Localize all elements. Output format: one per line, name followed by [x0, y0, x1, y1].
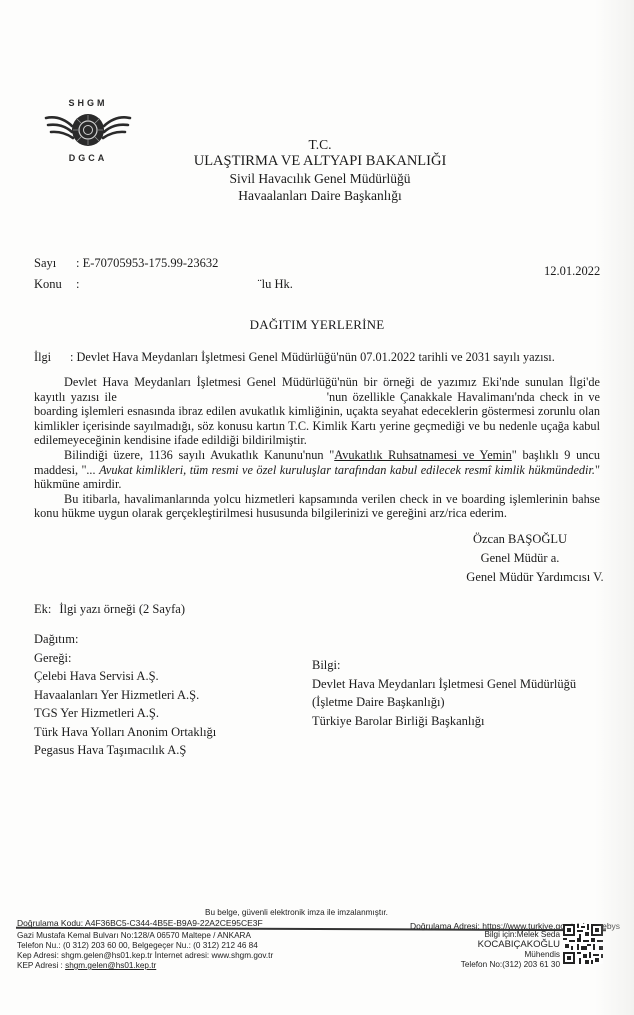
- distribution-title: DAĞITIM YERLERİNE: [0, 317, 634, 333]
- bilgi-label: Bilgi:: [312, 656, 576, 675]
- document-date: 12.01.2022: [544, 264, 600, 279]
- attachment-label: Ek:: [34, 602, 51, 616]
- esign-note: Bu belge, güvenli elektronik imza ile im…: [205, 908, 388, 918]
- konu-row: Konu:¨lu Hk.: [34, 277, 293, 292]
- ilgi-label: İlgi: [34, 350, 70, 365]
- footer-address: Gazi Mustafa Kemal Bulvarı No:128/A 0657…: [17, 931, 251, 941]
- ilgi-row: İlgi: Devlet Hava Meydanları İşletmesi G…: [34, 350, 555, 365]
- distribution-geregi: Dağıtım: Gereği: Çelebi Hava Servisi A.Ş…: [34, 630, 216, 760]
- geregi-item: Türk Hava Yolları Anonim Ortaklığı: [34, 723, 216, 742]
- footer-kep-web: Kep Adresi: shgm.gelen@hs01.kep.tr İnter…: [17, 951, 273, 961]
- signatory-title-1: Genel Müdür a.: [420, 549, 620, 568]
- geregi-item: TGS Yer Hizmetleri A.Ş.: [34, 704, 216, 723]
- geregi-item: Çelebi Hava Servisi A.Ş.: [34, 667, 216, 686]
- distribution-bilgi: Bilgi: Devlet Hava Meydanları İşletmesi …: [312, 656, 576, 730]
- header-department: Havaalanları Daire Başkanlığı: [150, 187, 490, 204]
- geregi-item: Havaalanları Yer Hizmetleri A.Ş.: [34, 686, 216, 705]
- law-article-title: Avukatlık Ruhsatnamesi ve Yemin: [334, 448, 512, 462]
- signatory-name: Özcan BAŞOĞLU: [420, 530, 620, 549]
- bilgi-item: (İşletme Daire Başkanlığı): [312, 693, 576, 712]
- sayi-value: : E-70705953-175.99-23632: [76, 256, 218, 270]
- shgm-dgca-logo-icon: SHGM DGCA: [38, 88, 138, 168]
- sayi-row: Sayı: E-70705953-175.99-23632: [34, 256, 218, 271]
- konu-prefix: :: [76, 277, 79, 291]
- bilgi-item: Türkiye Barolar Birliği Başkanlığı: [312, 712, 576, 731]
- kep-address-link[interactable]: shgm.gelen@hs01.kep.tr: [65, 961, 156, 970]
- attachment-row: Ek:İlgi yazı örneği (2 Sayfa): [34, 602, 185, 617]
- paragraph-3: Bu itibarla, havalimanlarında yolcu hizm…: [34, 492, 600, 521]
- distribution-label: Dağıtım:: [34, 630, 216, 649]
- signature-block: Özcan BAŞOĞLU Genel Müdür a. Genel Müdür…: [420, 530, 620, 587]
- footer-kep: KEP Adresi : shgm.gelen@hs01.kep.tr: [17, 961, 156, 971]
- sayi-label: Sayı: [34, 256, 76, 271]
- header-tc: T.C.: [150, 136, 490, 153]
- footer-phone: Telefon Nu.: (0 312) 203 60 00, Belgegeç…: [17, 941, 258, 951]
- scan-edge-shade: [595, 0, 634, 1015]
- paragraph-2: Bilindiği üzere, 1136 sayılı Avukatlık K…: [34, 448, 600, 492]
- konu-suffix: ¨lu Hk.: [257, 277, 292, 291]
- header-ministry: ULAŞTIRMA VE ALTYAPI BAKANLIĞI: [150, 153, 490, 170]
- header-directorate: Sivil Havacılık Genel Müdürlüğü: [150, 170, 490, 187]
- law-quote: ... Avukat kimlikleri, tüm resmi ve özel…: [87, 463, 595, 477]
- letter-body: Devlet Hava Meydanları İşletmesi Genel M…: [34, 375, 600, 521]
- geregi-item: Pegasus Hava Taşımacılık A.Ş: [34, 741, 216, 760]
- institution-header: T.C. ULAŞTIRMA VE ALTYAPI BAKANLIĞI Sivi…: [150, 136, 490, 204]
- svg-text:DGCA: DGCA: [69, 153, 108, 163]
- bilgi-item: Devlet Hava Meydanları İşletmesi Genel M…: [312, 675, 576, 694]
- svg-text:SHGM: SHGM: [69, 98, 108, 108]
- attachment-text: İlgi yazı örneği (2 Sayfa): [59, 602, 185, 616]
- geregi-label: Gereği:: [34, 649, 216, 668]
- paragraph-1: Devlet Hava Meydanları İşletmesi Genel M…: [34, 375, 600, 448]
- document-page: SHGM DGCA T.C. ULAŞTIRMA VE ALTYAPI BAKA…: [0, 0, 634, 1015]
- konu-label: Konu: [34, 277, 76, 292]
- contact-info: Bilgi için:Melek Seda KOCABIÇAKOĞLU Mühe…: [461, 930, 560, 970]
- ilgi-text: : Devlet Hava Meydanları İşletmesi Genel…: [70, 350, 555, 364]
